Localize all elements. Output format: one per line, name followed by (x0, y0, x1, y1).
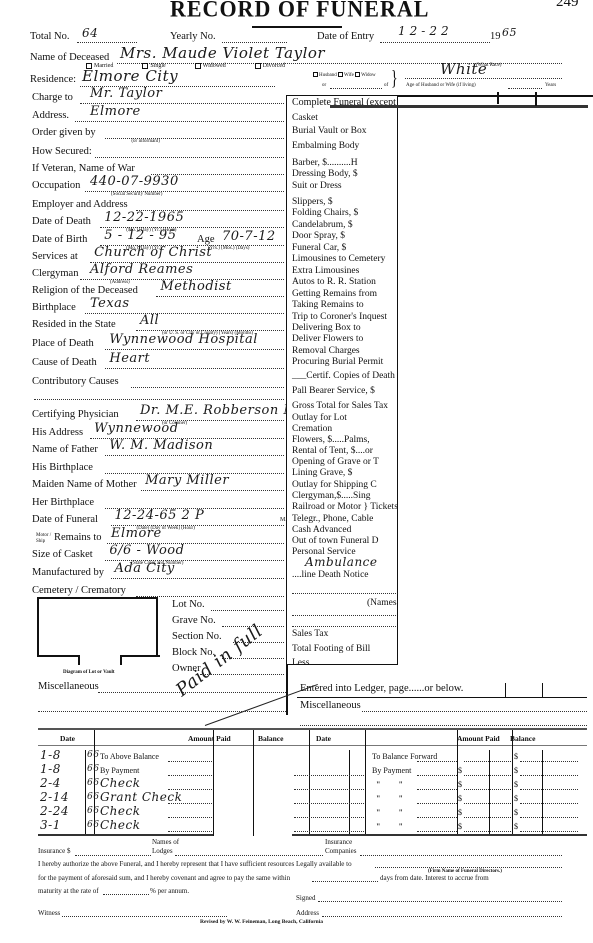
lot-field-label: Grave No. (172, 615, 216, 626)
charge-item: Cash Advanced (292, 525, 351, 535)
total-no-value[interactable]: 64 (82, 26, 98, 40)
field-value[interactable]: W. M. Madison (109, 438, 213, 453)
field-label: Cemetery / Crematory (32, 585, 126, 596)
field-value[interactable]: 5 - 12 - 95 (104, 228, 176, 243)
ledger-date[interactable]: 3-1 (40, 818, 61, 832)
field-label: Date of Funeral (32, 514, 98, 525)
years-label: Years (545, 83, 556, 88)
dotted-fill-line (360, 855, 562, 856)
dotted-fill-line (103, 894, 149, 895)
dotted-fill-line (380, 42, 490, 43)
field-value[interactable]: Alford Reames (90, 262, 193, 277)
maturity-text: maturity at the rate of (38, 887, 99, 895)
amount-paid-input[interactable] (464, 775, 511, 776)
charge-item: (Names of (367, 598, 398, 608)
ledger-date[interactable]: 1-8 (40, 762, 61, 776)
age-caption: (Yrs.) (Mos.) (Days) (208, 246, 249, 251)
ledger-description: By Payment (100, 766, 139, 775)
race-label: (What Race) (476, 63, 501, 68)
field-label: Cause of Death (32, 357, 97, 368)
dotted-fill-line (312, 881, 378, 882)
signed-field[interactable] (318, 901, 562, 902)
field-label: Birthplace (32, 302, 76, 313)
ledger-description: " " (376, 822, 411, 831)
balance-input[interactable] (520, 775, 578, 776)
dotted-fill-line (136, 596, 284, 597)
balance-dollar-sign: $ (514, 808, 518, 817)
charge-item: Folding Chairs, $ (292, 208, 358, 218)
charge-item: Removal Charges (292, 346, 360, 356)
field-label: Address. (32, 110, 69, 121)
charge-item: Flowers, $.....Palms, (292, 435, 370, 445)
panel-divider (535, 92, 537, 106)
panel-divider (497, 92, 499, 104)
balance-dollar-sign: $ (514, 794, 518, 803)
amount-paid-input[interactable] (464, 761, 511, 762)
field-value[interactable]: Methodist (160, 279, 231, 294)
dotted-fill-line (175, 855, 323, 856)
dotted-fill-line (168, 761, 212, 762)
dotted-fill-line (417, 789, 457, 790)
field-label: His Birthplace (32, 462, 93, 473)
age-spouse-label: Age of Husband or Wife (if living) (406, 83, 476, 88)
balance-input[interactable] (520, 817, 578, 818)
balance-input[interactable] (520, 831, 578, 832)
dotted-fill-line (417, 775, 457, 776)
dotted-fill-line (34, 399, 284, 400)
age-value[interactable]: 70-7-12 (222, 229, 276, 244)
balance-input[interactable] (520, 761, 578, 762)
ledger-date[interactable]: 2-14 (40, 790, 69, 804)
field-label: Contributory Causes (32, 376, 119, 387)
yearly-no-label: Yearly No. (170, 31, 216, 42)
brace: } (391, 68, 398, 92)
ledger-date-input[interactable] (294, 775, 364, 776)
charge-item: Procuring Burial Permit (292, 357, 383, 367)
field-value[interactable]: 12-24-65 2 P (115, 508, 205, 523)
deceased-name-value[interactable]: Mrs. Maude Violet Taylor (120, 44, 325, 62)
dotted-fill-line (111, 578, 285, 579)
field-value[interactable]: Mr. Taylor (90, 86, 162, 101)
charge-item: Cremation (292, 424, 332, 434)
dotted-fill-line (375, 867, 562, 868)
balance-dollar-sign: $ (514, 822, 518, 831)
ledger-year[interactable]: 66 (87, 778, 99, 788)
charge-item: Funeral Car, $ (292, 243, 346, 253)
field-value[interactable]: Heart (109, 351, 150, 366)
field-label: Date of Death (32, 216, 91, 227)
year-value[interactable]: 65 (502, 26, 517, 39)
spouse-options: Husband Wife Widow (313, 72, 376, 78)
charge-item: Total Footing of Bill (292, 644, 370, 654)
field-label: Charge to (32, 92, 73, 103)
percent-text: % per annum. (150, 887, 189, 895)
charge-item: Delivering Box to (292, 323, 361, 333)
charge-item: Embalming Body (292, 141, 359, 151)
field-label: Services at (32, 251, 78, 262)
diagram-caption: Diagram of Lot or Vault (63, 670, 115, 675)
dotted-fill-line (168, 775, 212, 776)
lot-field-label: Section No. (172, 631, 222, 642)
charge-item: Extra Limousines (292, 266, 359, 276)
address-label: Address (296, 909, 319, 917)
ledger-description: " " (376, 780, 411, 789)
field-value[interactable]: 12-22-1965 (104, 210, 184, 225)
residence-label: Residence: (30, 74, 76, 85)
charge-item: Lining Grave, $ (292, 468, 352, 478)
motor-ship-label: Motor / Ship (36, 533, 52, 545)
dotted-fill-line (362, 711, 587, 712)
dotted-fill-line (417, 817, 457, 818)
total-no-label: Total No. (30, 31, 70, 42)
ledger-header: Balance (510, 734, 535, 743)
charge-item: Suit or Dress (292, 181, 342, 191)
ledger-date-input[interactable] (294, 789, 364, 790)
field-caption: (or informant) (131, 139, 159, 144)
amount-dollar-sign: $ (458, 794, 462, 803)
residence-value[interactable]: Elmore City (82, 67, 178, 85)
field-label: Remains to (54, 532, 102, 543)
ledger-year[interactable]: 66 (87, 750, 99, 760)
charge-item: Autos to R. R. Station (292, 277, 376, 287)
ledger-description: To Above Balance (100, 752, 159, 761)
balance-dollar-sign: $ (514, 752, 518, 761)
ledger-description[interactable]: Check (100, 818, 141, 832)
field-label: Manufactured by (32, 567, 104, 578)
ledger-description[interactable]: Grant Check (100, 790, 182, 804)
amount-dollar-sign: $ (458, 766, 462, 775)
ledger-date[interactable]: 1-8 (40, 748, 61, 762)
dotted-fill-line (38, 711, 288, 712)
dotted-fill-line (105, 455, 284, 456)
dotted-fill-line (417, 761, 457, 762)
companies-label-top: Insurance (325, 838, 352, 846)
checkbox-wife[interactable]: Wife (338, 73, 354, 78)
charge-item: Rental of Tent, $....or (292, 446, 373, 456)
companies-label: Companies (325, 847, 357, 855)
field-label: Religion of the Deceased (32, 285, 138, 296)
ledger-row (292, 779, 587, 793)
vertical-rule (505, 683, 506, 697)
balance-dollar-sign: $ (514, 780, 518, 789)
charge-item: Out of town Funeral D (292, 536, 379, 546)
field-value[interactable]: Wynnewood (94, 421, 178, 436)
lot-field-input[interactable] (211, 610, 285, 611)
misc-label-left: Miscellaneous (38, 681, 99, 692)
form-element (78, 655, 80, 665)
field-value[interactable]: Elmore (90, 104, 141, 119)
field-label: If Veteran, Name of War (32, 163, 135, 174)
checkbox-divorced[interactable]: Divorced (255, 63, 285, 69)
dotted-fill-line (508, 88, 542, 89)
dotted-fill-line (330, 88, 382, 89)
amount-paid-input[interactable] (464, 817, 511, 818)
ledger-year[interactable]: 66 (87, 806, 99, 816)
charge-item: Railroad or Motor } Tickets, $ (292, 502, 398, 512)
checkbox-widow[interactable]: Widow (355, 73, 376, 78)
charge-item: Candelabrum, $ (292, 220, 353, 230)
charge-item: Slippers, $ (292, 197, 333, 207)
charge-item: Opening of Grave or T (292, 457, 379, 467)
field-value[interactable]: Wynnewood Hospital (109, 332, 258, 347)
charge-item: Door Spray, $ (292, 231, 345, 241)
signed-label: Signed (296, 894, 315, 902)
dotted-fill-line (77, 42, 137, 43)
checkbox-husband[interactable]: Husband (313, 73, 337, 78)
vertical-rule (542, 683, 543, 697)
ledger-date-input[interactable] (294, 831, 364, 832)
amount-dollar-sign: $ (458, 822, 462, 831)
form-element (120, 655, 122, 665)
field-value[interactable]: Ada City (115, 561, 175, 576)
dotted-fill-line (417, 831, 457, 832)
field-value[interactable]: Texas (90, 296, 130, 311)
charges-panel: Complete Funeral (except outlays) $Caske… (286, 95, 398, 665)
field-value[interactable]: Elmore (111, 526, 162, 541)
charge-item: ___Certif. Copies of Death (292, 371, 395, 381)
dotted-fill-line (105, 368, 284, 369)
ledger-header: Date (60, 734, 75, 743)
charge-item: Dressing Body, $ (292, 169, 358, 179)
dotted-fill-line (131, 387, 284, 388)
dotted-fill-line (292, 593, 398, 594)
ledger-date[interactable]: 2-24 (40, 804, 69, 818)
dotted-fill-line (405, 78, 562, 79)
deceased-name-label: Name of Deceased (30, 52, 109, 63)
charge-item: Taking Remains to (292, 300, 364, 310)
field-label: Name of Father (32, 444, 98, 455)
field-label: Place of Death (32, 338, 94, 349)
amount-paid-input[interactable] (464, 831, 511, 832)
field-value[interactable]: 6/6 - Wood (109, 543, 184, 558)
dotted-fill-line (105, 349, 284, 350)
charge-item: Trip to Coroner's Inquest (292, 312, 387, 322)
charge-item: Barber, $..........H (292, 158, 358, 168)
witness-field[interactable] (62, 916, 227, 917)
year-prefix: 19 (490, 31, 501, 42)
ledger-date-input[interactable] (294, 803, 364, 804)
ledger-description: By Payment (372, 766, 411, 775)
document-title: RECORD OF FUNERAL (170, 0, 429, 23)
amount-paid-input[interactable] (464, 789, 511, 790)
authorize-text: I hereby authorize the above Funeral, an… (38, 860, 352, 868)
ledger-description: To Balance Forward (372, 752, 437, 761)
dotted-fill-line (95, 157, 284, 158)
amount-dollar-sign: $ (458, 808, 462, 817)
field-label: Resided in the State (32, 319, 116, 330)
ledger-row (292, 765, 587, 779)
days-text: days from date. Interest to accrue from (380, 874, 489, 882)
field-caption: (Social Security Number) (111, 192, 162, 197)
field-label: His Address (32, 427, 83, 438)
charge-item: Outlay for Lot (292, 413, 347, 423)
charge-item: Outlay for Shipping C (292, 480, 377, 490)
field-value[interactable]: Church of Christ (94, 245, 212, 260)
amount-paid-input[interactable] (464, 803, 511, 804)
age-label: Age (197, 234, 215, 245)
dotted-fill-line (75, 121, 284, 122)
spouse-or: or (322, 83, 326, 88)
date-of-entry-label: Date of Entry (317, 31, 374, 42)
dotted-fill-line (141, 490, 284, 491)
field-label: Occupation (32, 180, 80, 191)
ledger-header-rule (38, 745, 587, 746)
balance-dollar-sign: $ (514, 766, 518, 775)
field-value[interactable]: 440-07-9930 (90, 174, 179, 189)
form-element (121, 655, 160, 657)
misc-label-right: Miscellaneous (300, 700, 361, 711)
field-label: Employer and Address (32, 199, 128, 210)
charge-item: Telegr., Phone, Cable (292, 514, 373, 524)
form-element (37, 655, 80, 657)
charge-item: Deliver Flowers to (292, 334, 363, 344)
field-label: Maiden Name of Mother (32, 479, 137, 490)
ledger-date[interactable]: 2-4 (40, 776, 61, 790)
ledger-description: " " (376, 808, 411, 817)
dotted-fill-line (85, 313, 284, 314)
insurance-label: Insurance $ (38, 847, 70, 855)
ledger-description[interactable]: Check (100, 776, 141, 790)
charge-item: ....line Death Notice (292, 570, 369, 580)
field-label: How Secured: (32, 146, 92, 157)
address-field[interactable] (322, 916, 562, 917)
ledger-header: Amount Paid (188, 734, 231, 743)
field-value[interactable]: Dr. M.E. Robberson MD (140, 403, 308, 418)
ledger-top-rule (38, 728, 587, 730)
vertical-rule (213, 730, 214, 836)
ledger-year[interactable]: 66 (87, 792, 99, 802)
witness-label: Witness (38, 909, 60, 917)
charge-item: Casket (292, 113, 318, 123)
dotted-fill-line (75, 855, 151, 856)
field-label: Her Birthplace (32, 497, 94, 508)
ledger-year[interactable]: 66 (87, 820, 99, 830)
dotted-fill-line (292, 615, 398, 616)
ledger-entry-label: Entered into Ledger, page......or below. (300, 683, 463, 694)
checkbox-widowed[interactable]: Widowed (195, 63, 226, 69)
ledger-year[interactable]: 66 (87, 764, 99, 774)
ledger-description: " " (376, 794, 411, 803)
field-label: Certifying Physician (32, 409, 119, 420)
date-of-entry-value[interactable]: 12-22 (398, 24, 453, 38)
charge-item: Pall Bearer Service, $ (292, 386, 375, 396)
charge-item: Sales Tax (292, 629, 328, 639)
lodges-label: Lodges (152, 847, 173, 855)
revised-credit: Revised by W. W. Feineman, Long Beach, C… (200, 919, 323, 925)
charge-item: Less (292, 658, 309, 665)
field-label: Size of Casket (32, 549, 93, 560)
horizontal-rule (297, 697, 587, 698)
balance-input[interactable] (520, 803, 578, 804)
amount-dollar-sign: $ (458, 780, 462, 789)
ledger-row (292, 793, 587, 807)
field-value[interactable]: All (140, 313, 159, 328)
charge-item: Limousines to Cemetery (292, 254, 385, 264)
dotted-fill-line (168, 803, 212, 804)
ledger-header: Date (316, 734, 331, 743)
vertical-rule (253, 730, 254, 836)
ledger-date-input[interactable] (294, 817, 364, 818)
balance-input[interactable] (520, 789, 578, 790)
dotted-fill-line (222, 42, 287, 43)
ledger-row (292, 807, 587, 821)
payment-text: for the payment of aforesaid sum, and I … (38, 874, 290, 882)
dotted-fill-line (417, 803, 457, 804)
charge-item[interactable]: Ambulance (305, 555, 378, 569)
charge-item: Gross Total for Sales Tax (292, 401, 388, 411)
ledger-row (292, 821, 587, 835)
field-value[interactable]: Mary Miller (145, 473, 229, 488)
dotted-fill-line (300, 725, 587, 726)
dotted-fill-line (156, 296, 284, 297)
dotted-fill-line (292, 626, 398, 627)
lot-field-label: Lot No. (172, 599, 205, 610)
spouse-of: of (384, 83, 388, 88)
charge-item: Getting Remains from (292, 289, 377, 299)
ledger-description[interactable]: Check (100, 804, 141, 818)
title-underline (252, 26, 342, 28)
ledger-row (292, 751, 587, 765)
page-number: 249 (556, 0, 579, 11)
charge-item: Clergyman,$.....Sing (292, 491, 370, 501)
field-label: Clergyman (32, 268, 78, 279)
ledger-header: Balance (258, 734, 283, 743)
field-label: Order given by (32, 127, 96, 138)
dotted-fill-line (168, 831, 212, 832)
lot-diagram (37, 597, 158, 657)
charge-item: Burial Vault or Box (292, 126, 367, 136)
dotted-fill-line (168, 817, 212, 818)
ledger-header: Amount Paid (457, 734, 500, 743)
lodges-label-top: Names of (152, 838, 179, 846)
strike-line (330, 105, 588, 108)
field-label: Date of Birth (32, 234, 87, 245)
